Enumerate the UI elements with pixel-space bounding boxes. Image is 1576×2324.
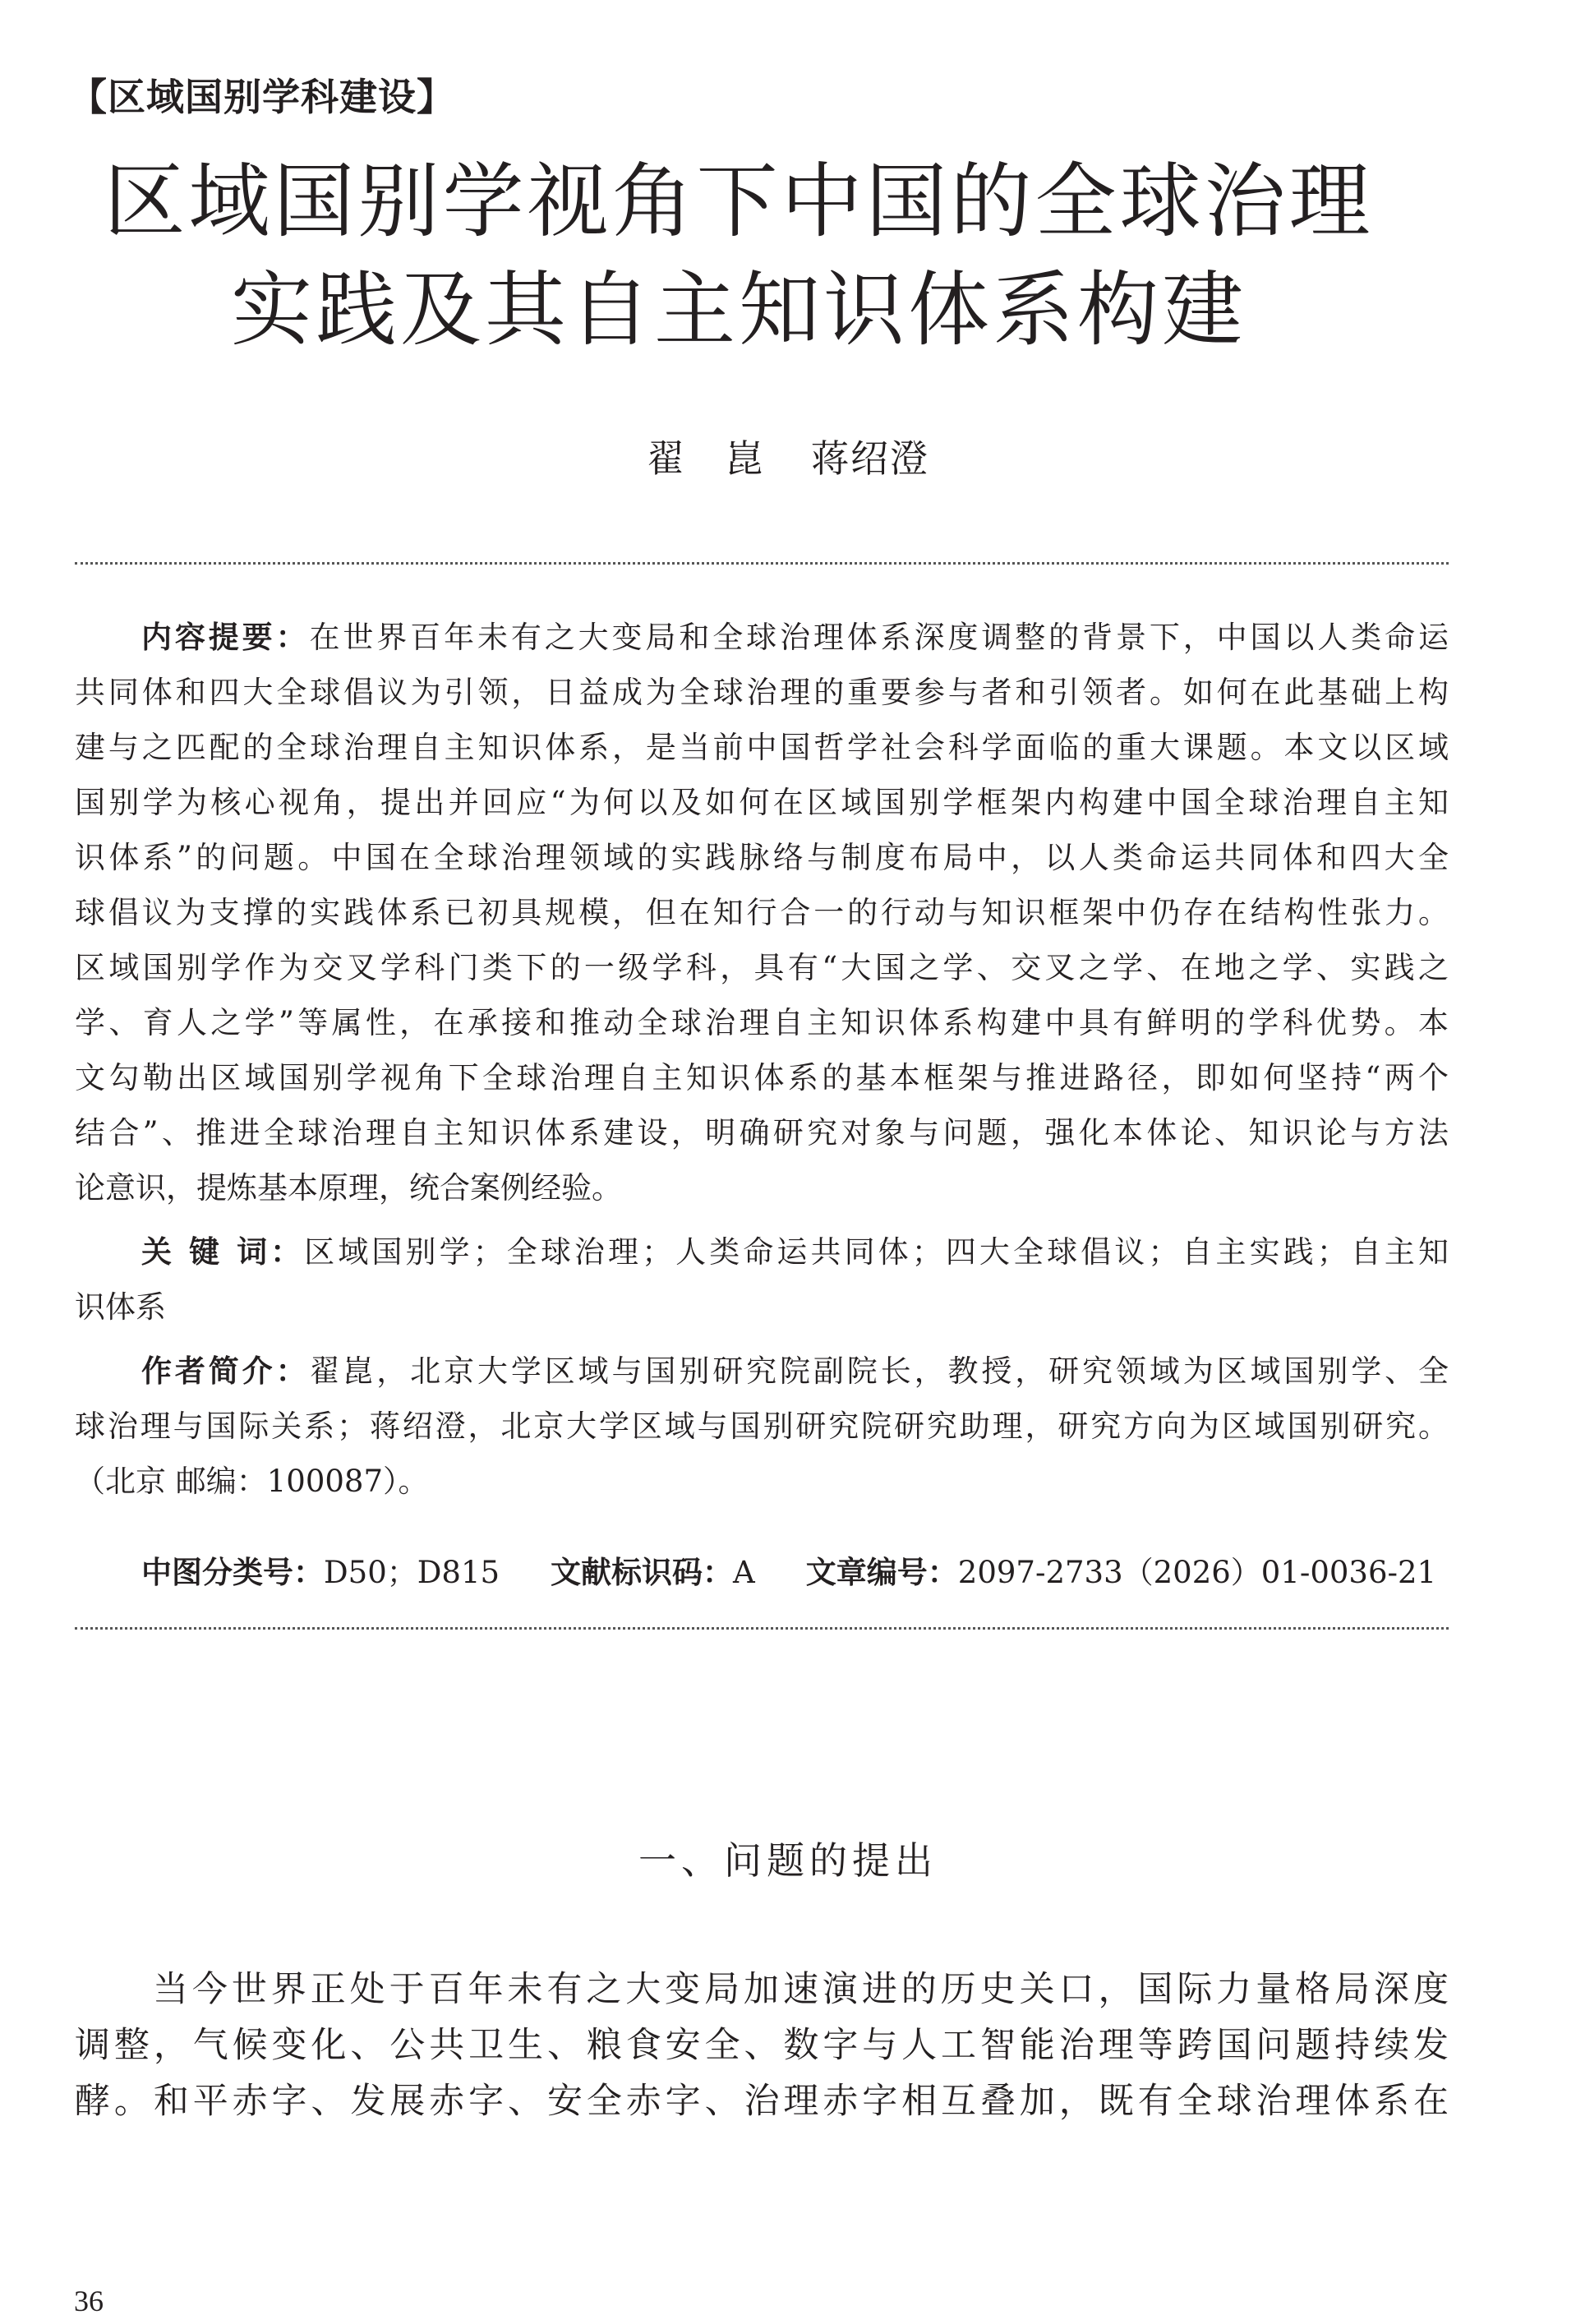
body-line: 调整，气候变化、公共卫生、粮食安全、数字与人工智能治理等跨国问题持续发: [75, 2025, 1449, 2066]
divider-top: [75, 562, 1449, 565]
author-name: 翟 崑: [647, 436, 765, 481]
article-title-line-1: 区域国别学视角下中国的全球治理: [0, 153, 1527, 251]
abstract-line: 论意识，提炼基本原理，统合案例经验。: [75, 1170, 1449, 1206]
section-heading: 一、问题的提出: [0, 1838, 1576, 1884]
abstract-line: 文勾勒出区域国别学视角下全球治理自主知识体系的基本框架与推进路径，即如何坚持“两…: [75, 1060, 1449, 1096]
abstract-line: 区域国别学作为交叉学科门类下的一级学科，具有“大国之学、交叉之学、在地之学、实践…: [75, 950, 1449, 986]
keywords-line: 关 键 词：区域国别学；全球治理；人类命运共同体；四大全球倡议；自主实践；自主知: [75, 1234, 1449, 1270]
doc-code-label: 文献标识码：: [551, 1555, 733, 1590]
column-tag: 【区域国别学科建设】: [69, 74, 455, 120]
author-bio-label: 作者简介：: [141, 1353, 309, 1389]
clc-value: D50；D815: [324, 1555, 500, 1590]
keywords-label: 关 键 词：: [141, 1234, 304, 1270]
abstract-line: 共同体和四大全球倡议为引领，日益成为全球治理的重要参与者和引领者。如何在此基础上…: [75, 675, 1449, 711]
abstract-line: 内容提要：在世界百年未有之大变局和全球治理体系深度调整的背景下，中国以人类命运: [75, 620, 1449, 656]
article-title-line-2: 实践及其自主知识体系构建: [0, 261, 1527, 360]
body-line: 酵。和平赤字、发展赤字、安全赤字、治理赤字相互叠加，既有全球治理体系在: [75, 2081, 1449, 2122]
abstract-line: 球倡议为支撑的实践体系已初具规模，但在知行合一的行动与知识框架中仍存在结构性张力…: [75, 895, 1449, 931]
article-no-value: 2097-2733（2026）01-0036-21: [958, 1555, 1436, 1590]
article-no-label: 文章编号：: [806, 1555, 958, 1590]
author-bio-line: 球治理与国际关系；蒋绍澄，北京大学区域与国别研究院研究助理，研究方向为区域国别研…: [75, 1409, 1449, 1445]
keywords-line: 识体系: [75, 1289, 1449, 1326]
abstract-line: 识体系”的问题。中国在全球治理领域的实践脉络与制度布局中，以人类命运共同体和四大…: [75, 840, 1449, 876]
abstract-line: 建与之匹配的全球治理自主知识体系，是当前中国哲学社会科学面临的重大课题。本文以区…: [75, 730, 1449, 766]
abstract-line: 结合”、推进全球治理自主知识体系建设，明确研究对象与问题，强化本体论、知识论与方…: [75, 1115, 1449, 1151]
abstract-label: 内容提要：: [141, 620, 309, 655]
author-name: 蒋绍澄: [811, 436, 929, 481]
body-line: 当今世界正处于百年未有之大变局加速演进的历史关口，国际力量格局深度: [75, 1969, 1449, 2010]
page-number: 36: [74, 2285, 104, 2317]
classification-line: 中图分类号：D50；D815文献标识码：A文章编号：2097-2733（2026…: [141, 1555, 1436, 1591]
abstract-line: 学、育人之学”等属性，在承接和推动全球治理自主知识体系构建中具有鲜明的学科优势。…: [75, 1005, 1449, 1041]
clc-label: 中图分类号：: [141, 1555, 324, 1590]
author-bio-line: （北京 邮编：100087）。: [75, 1464, 1449, 1500]
author-bio-line: 作者简介：翟崑，北京大学区域与国别研究院副院长，教授，研究领域为区域国别学、全: [75, 1353, 1449, 1390]
author-byline: 翟 崑蒋绍澄: [0, 434, 1576, 483]
abstract-line: 国别学为核心视角，提出并回应“为何以及如何在区域国别学框架内构建中国全球治理自主…: [75, 785, 1449, 821]
divider-bottom: [75, 1627, 1449, 1630]
doc-code-value: A: [733, 1555, 755, 1590]
